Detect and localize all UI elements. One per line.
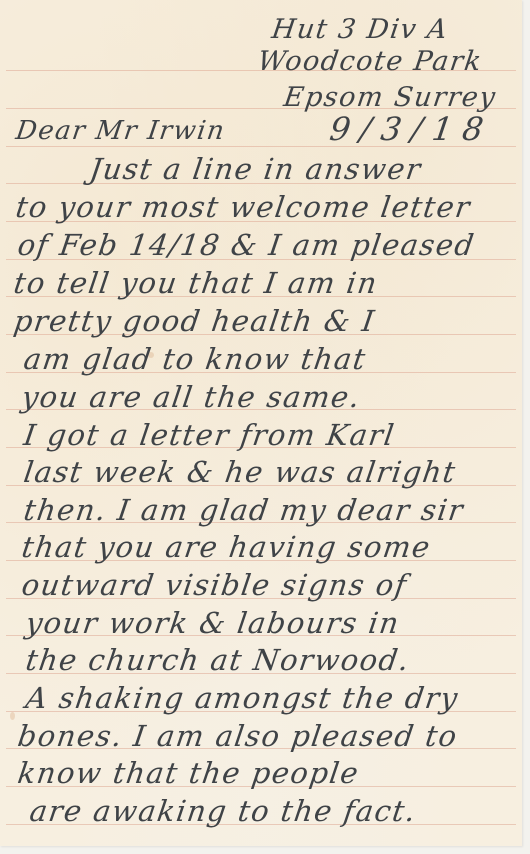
body-line: your work & labours in [24, 606, 403, 640]
body-line: you are all the same. [20, 380, 363, 414]
body-line: to your most welcome letter [14, 190, 474, 224]
address-line-3: Epsom Surrey [282, 82, 499, 113]
body-line: outward visible signs of [20, 568, 410, 602]
address-line-1: Hut 3 Div A [270, 14, 451, 45]
body-line: are awaking to the fact. [28, 794, 419, 828]
body-line: that you are having some [20, 530, 434, 564]
body-line: know that the people [16, 756, 362, 790]
paper-stain [10, 712, 15, 720]
body-line: am glad to know that [22, 342, 369, 376]
body-line: bones. I am also pleased to [16, 719, 460, 753]
letter-page: Hut 3 Div A Woodcote Park Epsom Surrey D… [0, 0, 522, 846]
body-line: to tell you that I am in [12, 266, 381, 300]
body-line: A shaking amongst the dry [24, 681, 461, 715]
body-line: Just a line in answer [88, 152, 424, 186]
address-line-2: Woodcote Park [256, 46, 485, 77]
body-line: I got a letter from Karl [22, 418, 398, 452]
letter-date: 9/3/18 [327, 110, 495, 148]
body-line: of Feb 14/18 & I am pleased [16, 228, 478, 262]
salutation: Dear Mr Irwin [14, 116, 227, 146]
body-line: last week & he was alright [22, 455, 459, 489]
body-line: the church at Norwood. [24, 643, 412, 677]
body-line: then. I am glad my dear sir [22, 493, 467, 527]
body-line: pretty good health & I [12, 304, 378, 338]
